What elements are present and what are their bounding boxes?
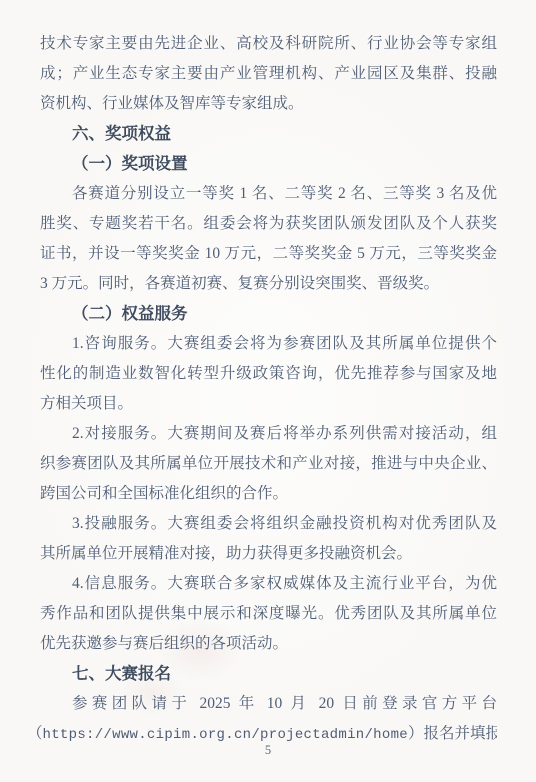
- body-line: 资机构、行业媒体及智库等专家组成。: [40, 89, 497, 119]
- page-number: 5: [0, 741, 536, 759]
- body-line-matchmaking-service: 2.对接服务。大赛期间及赛后将举办系列供需对接活动，组: [40, 419, 497, 449]
- body-line: 方相关项目。: [40, 389, 497, 419]
- heading-section-7-registration: 七、大赛报名: [40, 659, 497, 689]
- document-page: 技术专家主要由先进企业、高校及科研院所、行业协会等专家组 成；产业生态专家主要由…: [0, 0, 536, 782]
- body-line-investment-service: 3.投融服务。大赛组委会将组织金融投资机构对优秀团队及: [40, 509, 497, 539]
- body-line-information-service: 4.信息服务。大赛联合多家权威媒体及主流行业平台，为优: [40, 569, 497, 599]
- body-line: 性化的制造业数智化转型升级政策咨询，优先推荐参与国家及地: [40, 359, 497, 389]
- heading-section-6-awards: 六、奖项权益: [40, 119, 497, 149]
- body-line: 秀作品和团队提供集中展示和深度曝光。优秀团队及其所属单位: [40, 599, 497, 629]
- body-line: 优先获邀参与赛后组织的各项活动。: [40, 629, 497, 659]
- body-line: 成；产业生态专家主要由产业管理机构、产业园区及集群、投融: [40, 59, 497, 89]
- body-line: 织参赛团队及其所属单位开展技术和产业对接，推进与中央企业、: [40, 449, 497, 479]
- body-line-consulting-service: 1.咨询服务。大赛组委会将为参赛团队及其所属单位提供个: [40, 329, 497, 359]
- body-line: 技术专家主要由先进企业、高校及科研院所、行业协会等专家组: [40, 29, 497, 59]
- body-line: 各赛道分别设立一等奖 1 名、二等奖 2 名、三等奖 3 名及优: [40, 179, 497, 209]
- body-line: 证书，并设一等奖奖金 10 万元，二等奖奖金 5 万元，三等奖奖金: [40, 239, 497, 269]
- body-line-registration-deadline: 参赛团队请于 2025 年 10 月 20 日前登录官方平台: [40, 689, 497, 719]
- body-line: 胜奖、专题奖若干名。组委会将为获奖团队颁发团队及个人获奖: [40, 209, 497, 239]
- body-line: 3 万元。同时，各赛道初赛、复赛分别设突围奖、晋级奖。: [40, 269, 497, 299]
- body-line: 跨国公司和全国标准化组织的合作。: [40, 479, 497, 509]
- subheading-award-setup: （一）奖项设置: [40, 149, 497, 179]
- document-content: 技术专家主要由先进企业、高校及科研院所、行业协会等专家组 成；产业生态专家主要由…: [40, 29, 497, 749]
- body-line: 其所属单位开展精准对接，助力获得更多投融资机会。: [40, 539, 497, 569]
- url-open-paren: （: [27, 725, 43, 742]
- url-close-paren-text: ）报名并填报: [408, 725, 497, 742]
- subheading-benefit-services: （二）权益服务: [40, 299, 497, 329]
